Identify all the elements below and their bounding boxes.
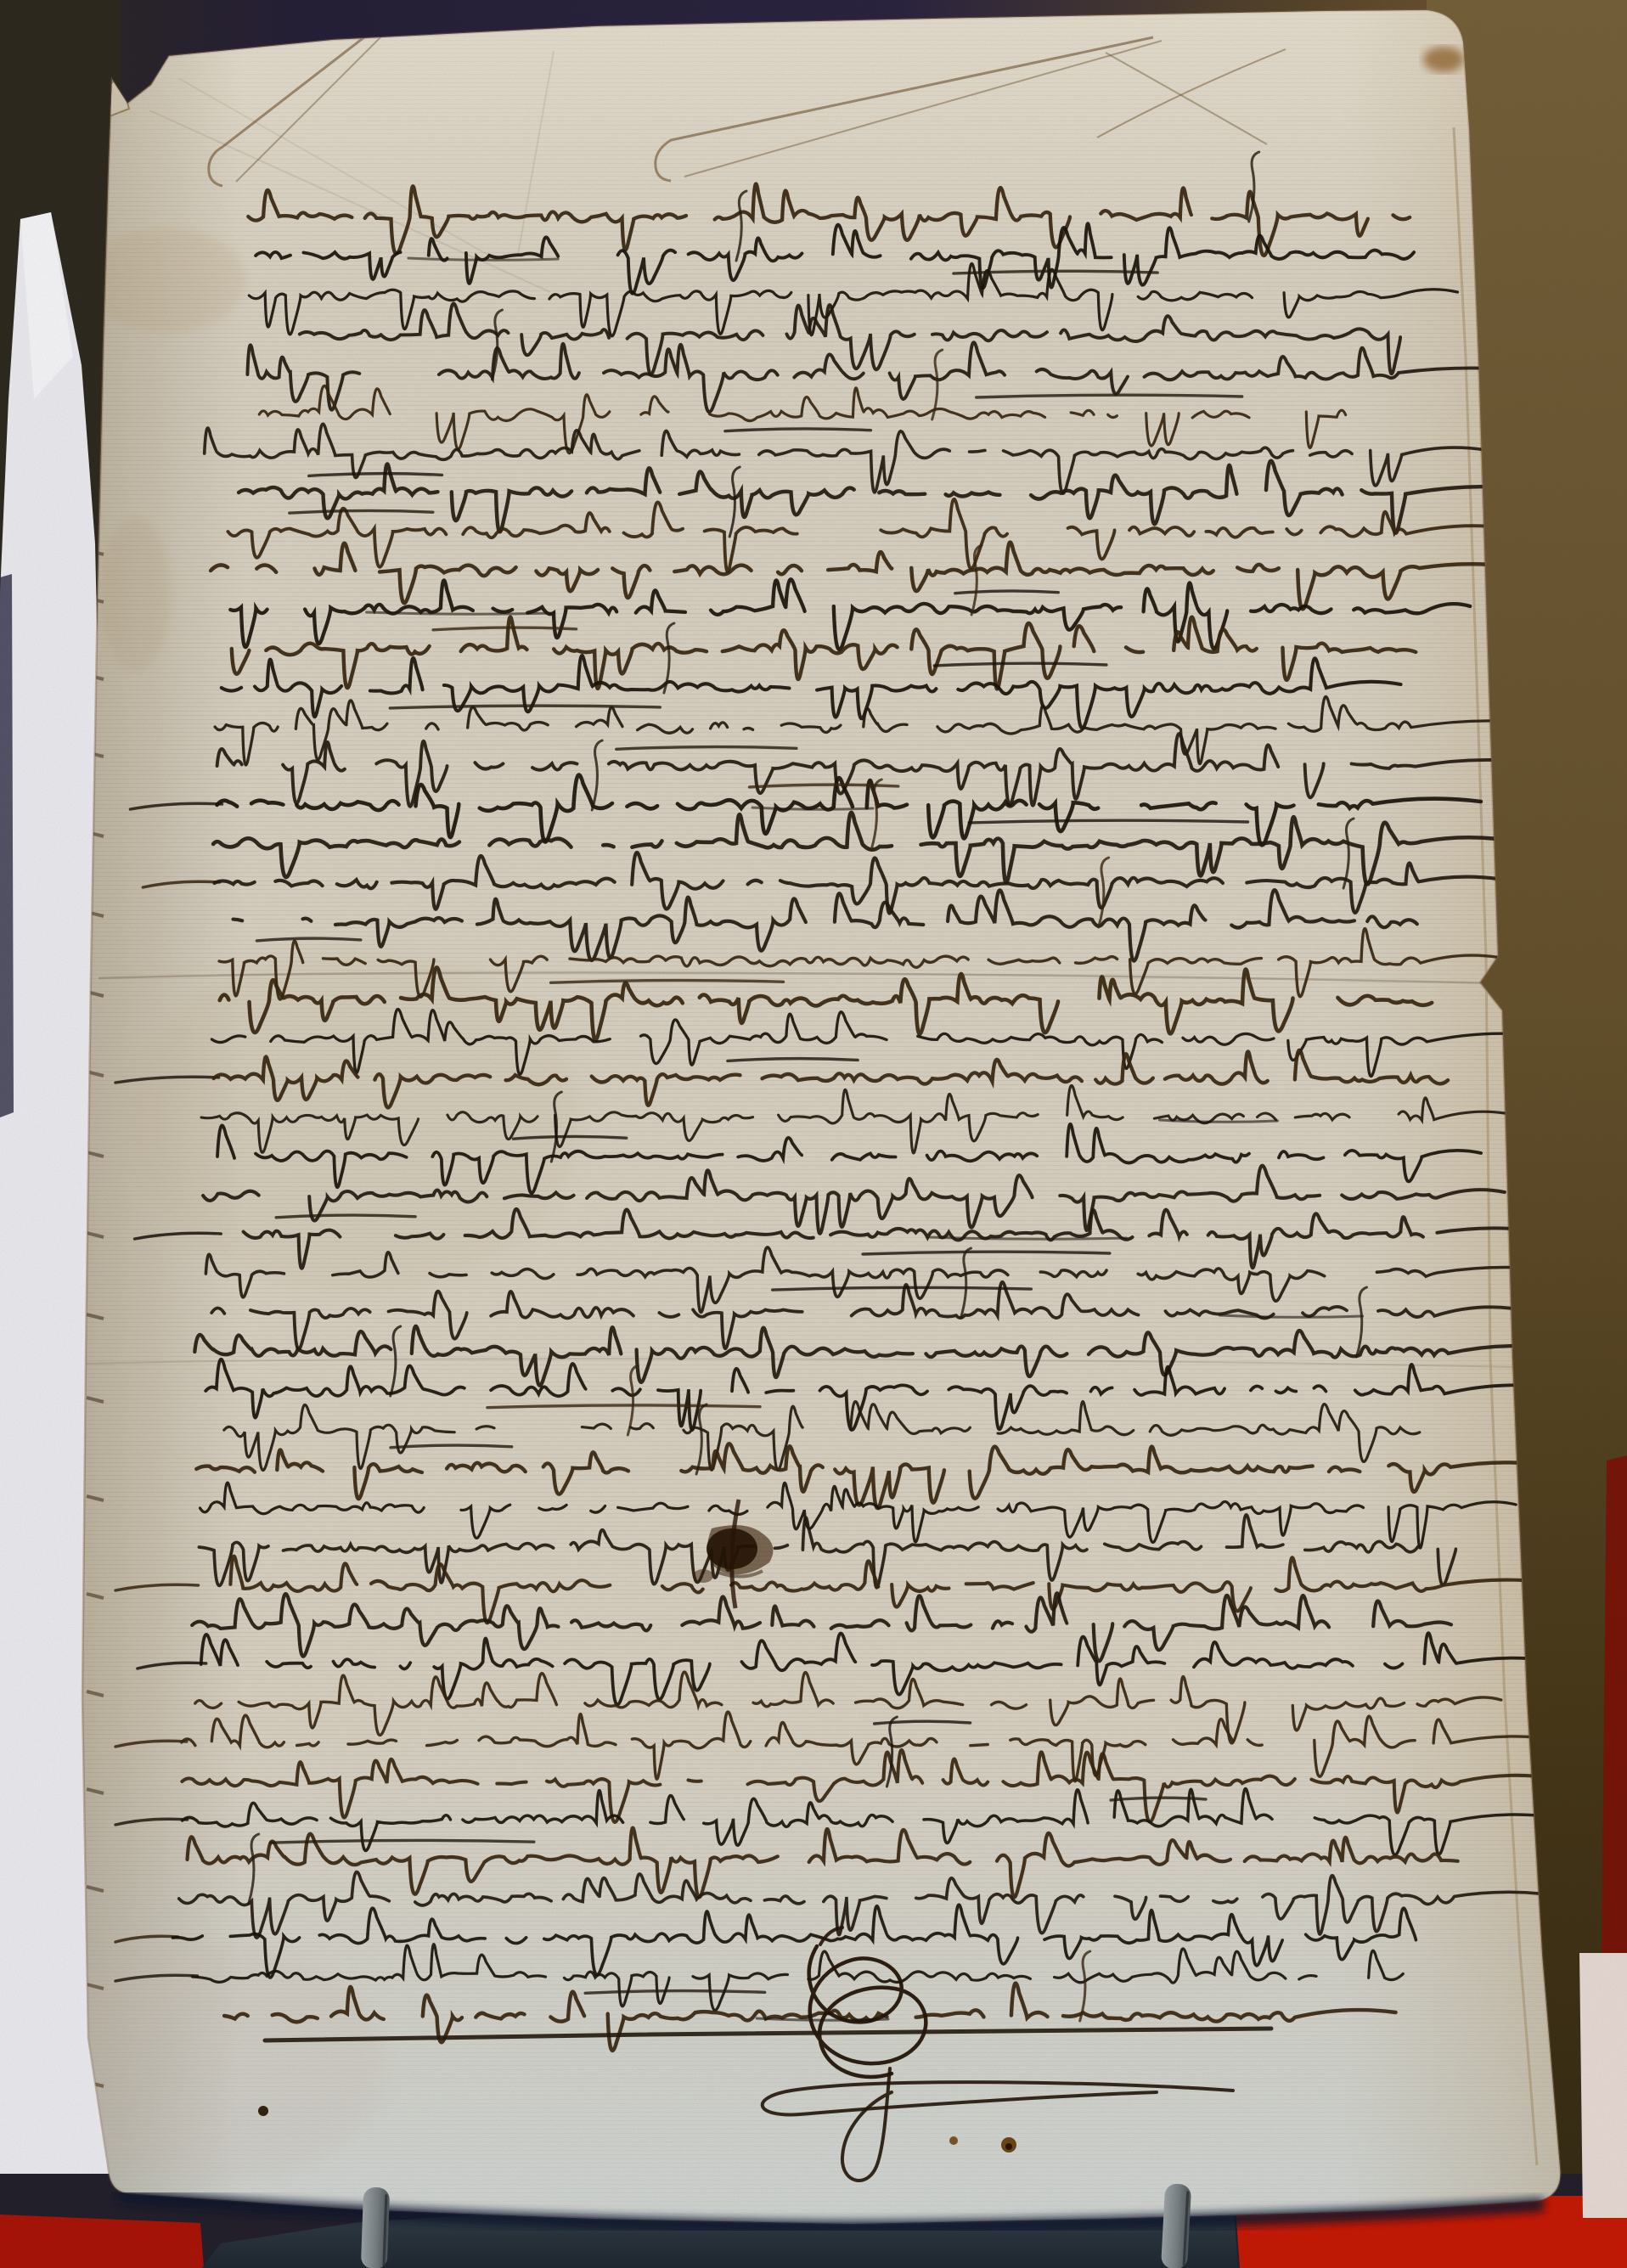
photo-grain-overlay [0, 0, 1627, 2268]
photo-canvas: Photograph of an aged handwritten Spanis… [0, 0, 1627, 2268]
manuscript-photo: Photograph of an aged handwritten Spanis… [0, 0, 1627, 2268]
